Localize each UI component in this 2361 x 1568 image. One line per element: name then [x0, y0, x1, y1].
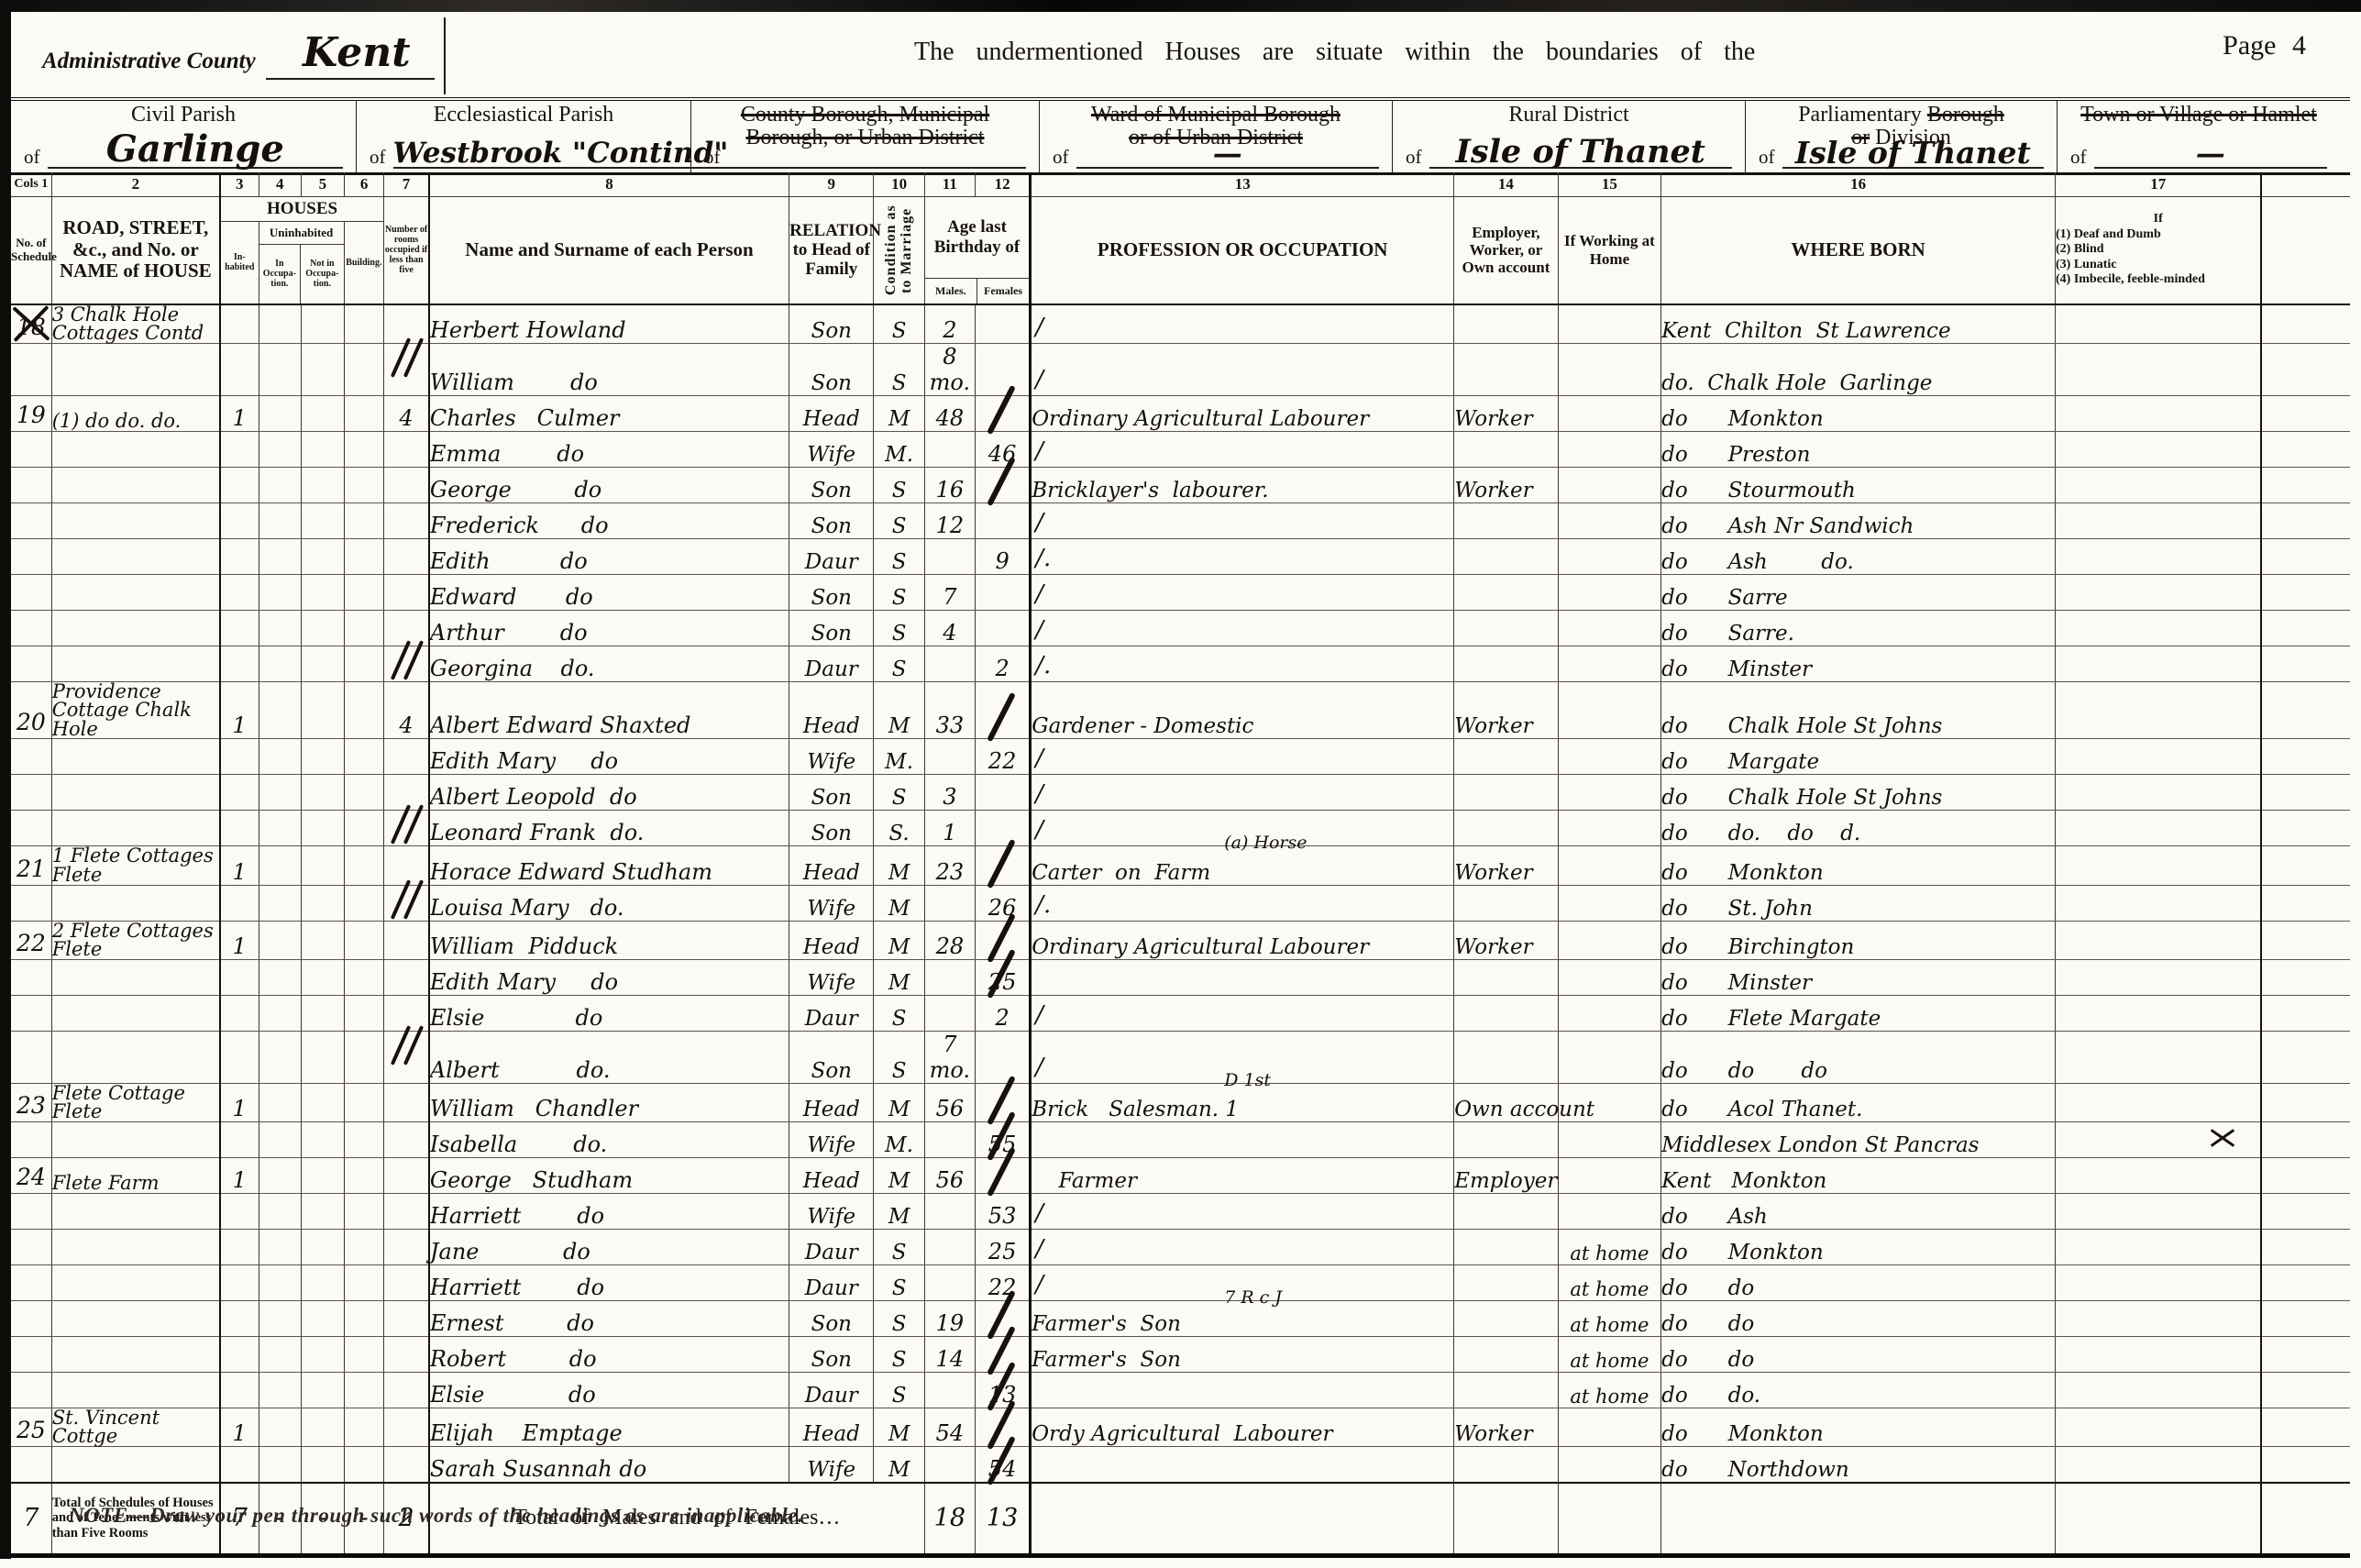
struck-text: County Borough, Municipal: [741, 103, 989, 127]
building-cell: [345, 538, 384, 574]
employer-cell: Worker: [1454, 681, 1558, 739]
person-row: 211 Flete Cottages Flete1Horace Edward S…: [11, 846, 2350, 885]
where-born-cell: do Monkton: [1661, 846, 2056, 885]
name-cell: Harriett do: [429, 1264, 789, 1300]
infirmity-header-line: (4) Imbecile, feeble-minded: [2056, 272, 2260, 288]
person-row: 183 Chalk Hole Cottages ContdHerbert How…: [11, 304, 2350, 344]
employer-cell: [1454, 1447, 1558, 1483]
occupation-cell: /: [1031, 502, 1454, 538]
struck-text: Ward of Municipal Borough: [1091, 103, 1340, 127]
uninhabited-in-occupation-cell: [259, 1121, 301, 1157]
address-cell: Flete Cottage Flete: [51, 1083, 220, 1121]
uninhabited-label: Uninhabited: [259, 222, 344, 245]
enumerator-tick: /.: [1035, 891, 1051, 919]
rooms-cell: [384, 574, 429, 610]
relation-cell: Head: [789, 681, 874, 739]
column-number: 17: [2056, 172, 2262, 196]
age-male-cell: [924, 538, 975, 574]
uninhabited-not-occupation-cell: [301, 1193, 344, 1229]
relation-cell: Daur: [789, 1229, 874, 1264]
rooms-cell: [384, 1372, 429, 1408]
condition-cell: S: [874, 574, 924, 610]
inhabited-cell: [220, 610, 259, 646]
rooms-cell: [384, 1300, 429, 1336]
rooms-cell: [384, 1408, 429, 1446]
uninhabited-not-occupation-cell: [301, 921, 344, 959]
inhabited-cell: [220, 1121, 259, 1157]
address-cell: [51, 610, 220, 646]
occupation-cell: Ordy Agricultural Labourer: [1031, 1408, 1454, 1446]
occupation-cell: Ordinary Agricultural Labourer: [1031, 921, 1454, 959]
schedule-cell: [11, 467, 51, 502]
infirmity-cell: [2056, 502, 2262, 538]
condition-cell: S: [874, 1300, 924, 1336]
where-born-cell: Middlesex London St Pancras: [1661, 1121, 2056, 1157]
employer-cell: Worker: [1454, 395, 1558, 431]
inhabited-cell: [220, 959, 259, 995]
where-born-cell: do Minster: [1661, 959, 2056, 995]
address-cell: [51, 1300, 220, 1336]
address-cell: St. Vincent Cottge: [51, 1408, 220, 1446]
column-number: 14: [1454, 172, 1558, 196]
age-male-cell: 54: [924, 1408, 975, 1446]
enumerator-tick: /: [1035, 314, 1043, 341]
condition-cell: S: [874, 775, 924, 811]
where-born-cell: do Ash: [1661, 1193, 2056, 1229]
name-cell: Horace Edward Studham: [429, 846, 789, 885]
margin-cell: [2261, 395, 2350, 431]
struck-text: Borough: [1927, 103, 2004, 127]
totals-schedule-count: 7: [11, 1483, 51, 1556]
enumerator-tick: /: [1035, 1001, 1043, 1029]
occupation-cell: /: [1031, 739, 1454, 775]
infirmity-header-line: (3) Lunatic: [2056, 258, 2260, 273]
infirmity-cell: [2056, 1083, 2262, 1121]
employer-cell: [1454, 1372, 1558, 1408]
address-cell: [51, 1264, 220, 1300]
name-cell: William do: [429, 343, 789, 395]
age-male-cell: 19: [924, 1300, 975, 1336]
person-row: Jane doDaurS25/at homedo Monkton: [11, 1229, 2350, 1264]
name-cell: Isabella do.: [429, 1121, 789, 1157]
uninhabited-in-occupation-cell: [259, 467, 301, 502]
infirmity-cell: [2056, 995, 2262, 1031]
boundaries-statement: The undermentioned Houses are situate wi…: [914, 38, 1755, 67]
condition-cell: M: [874, 1083, 924, 1121]
age-male-cell: [924, 431, 975, 467]
schedule-cell: [11, 995, 51, 1031]
where-born-cell: do Birchington: [1661, 921, 2056, 959]
name-cell: Ernest do: [429, 1300, 789, 1336]
condition-cell: M: [874, 846, 924, 885]
person-row: 222 Flete Cottages Flete1William Pidduck…: [11, 921, 2350, 959]
schedule-cell: [11, 1264, 51, 1300]
district-title-line: Ecclesiastical Parish: [357, 104, 690, 127]
household-end-mark: [390, 1024, 426, 1068]
person-row: William doSonS8 mo./do. Chalk Hole Garli…: [11, 343, 2350, 395]
occupation-cell: /: [1031, 431, 1454, 467]
footer-note: NOTE—Draw your pen through such words of…: [69, 1504, 803, 1528]
employer-cell: [1454, 538, 1558, 574]
relation-cell: Wife: [789, 1193, 874, 1229]
district-of-line: ofWestbrook "Contind": [370, 140, 678, 169]
totals-occupation-empty: [1031, 1483, 1454, 1556]
schedule-cell: [11, 959, 51, 995]
district-value: [728, 167, 1027, 169]
employer-cell: Employer: [1454, 1157, 1558, 1193]
district-title: County Borough, MunicipalBorough, or Urb…: [691, 104, 1039, 149]
occupation-cell: /: [1031, 1229, 1454, 1264]
infirmity-cell: [2056, 538, 2262, 574]
name-cell: Louisa Mary do.: [429, 885, 789, 921]
uninhabited-not-occupation-cell: [301, 610, 344, 646]
infirmity-cell: [2056, 775, 2262, 811]
occupation-cell: [1031, 959, 1454, 995]
age-female-cell: 2: [975, 646, 1030, 681]
totals-at-home-empty: [1558, 1483, 1660, 1556]
employer-cell: [1454, 343, 1558, 395]
enumerator-tick: /: [1035, 366, 1043, 393]
schedule-cell: [11, 610, 51, 646]
totals-employer-empty: [1454, 1483, 1558, 1556]
age-male-cell: 14: [924, 1336, 975, 1372]
address-cell: [51, 739, 220, 775]
occupation-cell: /: [1031, 775, 1454, 811]
administrative-county-underline: Kent: [266, 41, 435, 80]
where-born-cell: do do. do d.: [1661, 811, 2056, 846]
rooms-cell: [384, 1193, 429, 1229]
condition-cell: M: [874, 1157, 924, 1193]
infirmity-cell: [2056, 467, 2262, 502]
col-header-employer-worker: Employer, Worker, or Own account: [1454, 196, 1558, 304]
name-cell: Frederick do: [429, 502, 789, 538]
inhabited-cell: 1: [220, 1408, 259, 1446]
enumerator-tick: /: [1035, 1199, 1043, 1227]
building-cell: [345, 343, 384, 395]
inhabited-cell: [220, 467, 259, 502]
age-male-cell: 28: [924, 921, 975, 959]
of-label: of: [704, 146, 721, 169]
relation-cell: Son: [789, 304, 874, 344]
uninhabited-in-occupation-cell: [259, 846, 301, 885]
age-male-cell: 23: [924, 846, 975, 885]
employer-cell: Worker: [1454, 1408, 1558, 1446]
uninhabited-not-occupation-cell: [301, 995, 344, 1031]
schedule-cell: [11, 775, 51, 811]
schedule-cell: [11, 646, 51, 681]
column-headers-row: No. of Schedule ROAD, STREET, &c., and N…: [11, 196, 2350, 304]
condition-cell: S: [874, 1264, 924, 1300]
where-born-cell: do Sarre: [1661, 574, 2056, 610]
age-male-cell: [924, 1372, 975, 1408]
occupation-cell: /: [1031, 343, 1454, 395]
at-home-cell: [1558, 739, 1660, 775]
uninhabited-in-occupation-cell: [259, 885, 301, 921]
rooms-cell: [384, 739, 429, 775]
district-of-line: ofGarlinge: [24, 132, 343, 169]
margin-cell: [2261, 739, 2350, 775]
infirmity-cell: [2056, 1121, 2262, 1157]
title-text: Ecclesiastical Parish: [434, 103, 614, 127]
relation-cell: Wife: [789, 959, 874, 995]
inhabited-cell: [220, 811, 259, 846]
address-cell: [51, 775, 220, 811]
infirmity-cell: [2056, 846, 2262, 885]
age-male-cell: 8 mo.: [924, 343, 975, 395]
rooms-cell: [384, 811, 429, 846]
occupation-cell: /.: [1031, 538, 1454, 574]
enumerator-tick: /: [1035, 1271, 1043, 1298]
occupation-cell: /: [1031, 574, 1454, 610]
inhabited-cell: [220, 995, 259, 1031]
rooms-cell: [384, 343, 429, 395]
schedule-number: 20: [17, 709, 46, 738]
relation-cell: Head: [789, 846, 874, 885]
inhabited-cell: [220, 502, 259, 538]
infirmity-cell: [2056, 739, 2262, 775]
condition-cell: S: [874, 1229, 924, 1264]
infirmity-cell: [2056, 959, 2262, 995]
page-number: Page 4: [2223, 30, 2306, 61]
rooms-cell: [384, 538, 429, 574]
employer-cell: [1454, 885, 1558, 921]
infirmity-cell: [2056, 1372, 2262, 1408]
age-male-cell: 16: [924, 467, 975, 502]
where-born-cell: do Acol Thanet.: [1661, 1083, 2056, 1121]
uninhabited-not-occupation-cell: [301, 846, 344, 885]
at-home-cell: [1558, 1408, 1660, 1446]
schedule-number: 24: [17, 1164, 46, 1193]
infirmity-cell: [2056, 610, 2262, 646]
person-row: Ernest doSonS19Farmer's Son7 R c Jat hom…: [11, 1300, 2350, 1336]
rooms-cell: [384, 1157, 429, 1193]
name-cell: Edith Mary do: [429, 959, 789, 995]
district-title: Rural District: [1393, 104, 1745, 127]
district-title-line: County Borough, Municipal: [691, 104, 1039, 127]
occupation-cell: Carter on Farm(a) Horse: [1031, 846, 1454, 885]
building-cell: [345, 921, 384, 959]
building-cell: [345, 1121, 384, 1157]
building-cell: [345, 1229, 384, 1264]
address-cell: [51, 885, 220, 921]
infirmity-cell: [2056, 395, 2262, 431]
schedule-cell: [11, 343, 51, 395]
relation-cell: Wife: [789, 1447, 874, 1483]
building-cell: [345, 681, 384, 739]
age-male-cell: [924, 739, 975, 775]
infirmity-cell: [2056, 646, 2262, 681]
inhabited-cell: 1: [220, 921, 259, 959]
address-cell: (1) do do. do.: [51, 395, 220, 431]
uninhabited-in-occupation-cell: [259, 1300, 301, 1336]
at-home-cell: [1558, 811, 1660, 846]
address-cell: [51, 467, 220, 502]
margin-cell: [2261, 1031, 2350, 1083]
schedule-cell: [11, 1300, 51, 1336]
margin-cell: [2261, 574, 2350, 610]
age-male-cell: 56: [924, 1083, 975, 1121]
condition-cell: M.: [874, 1121, 924, 1157]
address-cell: Flete Farm: [51, 1157, 220, 1193]
building-cell: [345, 304, 384, 344]
age-male-cell: [924, 646, 975, 681]
uninhabited-not-occupation-cell: [301, 1229, 344, 1264]
district-ward-of-municipal-borough: Ward of Municipal Boroughor of Urban Dis…: [1040, 101, 1393, 172]
occupation-annotation: D 1st: [1224, 1070, 1271, 1090]
margin-cell: [2261, 646, 2350, 681]
occupation-cell: /: [1031, 610, 1454, 646]
uninhabited-in-occupation-cell: [259, 681, 301, 739]
condition-cell: S: [874, 343, 924, 395]
employer-cell: [1454, 431, 1558, 467]
name-cell: Arthur do: [429, 610, 789, 646]
employer-cell: [1454, 1336, 1558, 1372]
uninhabited-not-occupation-cell: [301, 304, 344, 344]
relation-cell: Daur: [789, 1372, 874, 1408]
where-born-cell: do St. John: [1661, 885, 2056, 921]
col-header-margin: [2261, 196, 2350, 304]
relation-cell: Wife: [789, 739, 874, 775]
inhabited-cell: [220, 1031, 259, 1083]
uninhabited-not-occupation-cell: [301, 1083, 344, 1121]
name-cell: Leonard Frank do.: [429, 811, 789, 846]
building-cell: [345, 885, 384, 921]
person-row: Albert Leopold doSonS3/do Chalk Hole St …: [11, 775, 2350, 811]
relation-cell: Son: [789, 343, 874, 395]
district-title: Town or Village or Hamlet: [2058, 104, 2340, 127]
column-number: 8: [429, 172, 789, 196]
district-of-line: of: [704, 146, 1026, 169]
inhabited-cell: [220, 646, 259, 681]
rooms-cell: [384, 1121, 429, 1157]
where-born-cell: do Monkton: [1661, 395, 2056, 431]
relation-cell: Head: [789, 921, 874, 959]
margin-cell: [2261, 343, 2350, 395]
enumerator-tick: /.: [1035, 652, 1051, 679]
relation-cell: Son: [789, 775, 874, 811]
name-cell: Robert do: [429, 1336, 789, 1372]
at-home-cell: at home: [1558, 1300, 1660, 1336]
condition-cell: S.: [874, 811, 924, 846]
schedule-cross-mark: [11, 305, 51, 343]
of-label: of: [2070, 146, 2087, 169]
column-number: 13: [1031, 172, 1454, 196]
column-number: 11: [924, 172, 975, 196]
infirmity-cell: [2056, 1447, 2262, 1483]
district-title-line: Rural District: [1393, 104, 1745, 127]
inhabited-cell: [220, 775, 259, 811]
uninhabited-not-occupation-cell: [301, 775, 344, 811]
name-cell: Charles Culmer: [429, 395, 789, 431]
name-cell: Herbert Howland: [429, 304, 789, 344]
building-cell: [345, 1083, 384, 1121]
column-number: 2: [51, 172, 220, 196]
uninhabited-in-occupation-cell: [259, 502, 301, 538]
at-home-cell: [1558, 574, 1660, 610]
uninhabited-in-occupation-cell: [259, 1193, 301, 1229]
infirmity-cell: [2056, 1408, 2262, 1446]
margin-cell: [2261, 1193, 2350, 1229]
column-number: 10: [874, 172, 924, 196]
rooms-cell: [384, 1083, 429, 1121]
employer-cell: [1454, 304, 1558, 344]
uninhabited-in-occupation-cell: [259, 739, 301, 775]
age-female-cell: 9: [975, 538, 1030, 574]
schedule-number: 22: [17, 930, 46, 959]
building-cell: [345, 431, 384, 467]
administrative-county-label: Administrative County: [42, 49, 256, 74]
person-row: Emma doWifeM.46/do Preston: [11, 431, 2350, 467]
address-cell: [51, 574, 220, 610]
occupation-cell: Gardener - Domestic: [1031, 681, 1454, 739]
district-value: Isle of Thanet: [1429, 137, 1733, 169]
inhabited-cell: [220, 343, 259, 395]
district-of-line: ofIsle of Thanet: [1406, 137, 1732, 169]
infirmity-cross-mark: [2209, 1126, 2236, 1150]
where-born-cell: do Chalk Hole St Johns: [1661, 681, 2056, 739]
margin-cell: [2261, 1447, 2350, 1483]
infirmity-header-line: (1) Deaf and Dumb: [2056, 227, 2260, 243]
building-cell: [345, 959, 384, 995]
building-cell: [345, 574, 384, 610]
rooms-cell: [384, 467, 429, 502]
occupation-cell: [1031, 1447, 1454, 1483]
uninhabited-in-occupation-cell: [259, 1336, 301, 1372]
rooms-cell: 4: [384, 681, 429, 739]
employer-cell: Own account: [1454, 1083, 1558, 1121]
uninhabited-not-occupation-cell: [301, 574, 344, 610]
district-title: Civil Parish: [11, 104, 356, 127]
col-header-road-street: ROAD, STREET, &c., and No. or NAME of HO…: [51, 196, 220, 304]
totals-margin-empty: [2261, 1483, 2350, 1556]
column-number: 5: [301, 172, 344, 196]
infirmity-header-line: (2) Blind: [2056, 242, 2260, 258]
building-cell: [345, 1372, 384, 1408]
at-home-cell: [1558, 775, 1660, 811]
relation-cell: Daur: [789, 1264, 874, 1300]
col-header-houses-group: HOUSES In-habited Uninhabited In Occupa-…: [220, 196, 384, 304]
building-cell: [345, 610, 384, 646]
rooms-cell: [384, 885, 429, 921]
at-home-cell: [1558, 1031, 1660, 1083]
schedule-cell: 21: [11, 846, 51, 885]
col-header-where-born: WHERE BORN: [1661, 196, 2056, 304]
rooms-cell: [384, 1447, 429, 1483]
district-of-line: of—: [1053, 139, 1379, 169]
schedule-cell: [11, 1229, 51, 1264]
building-cell: [345, 739, 384, 775]
uninhabited-not-occupation-cell: [301, 739, 344, 775]
address-cell: 2 Flete Cottages Flete: [51, 921, 220, 959]
age-female-cell: 46: [975, 431, 1030, 467]
inhabited-cell: [220, 1372, 259, 1408]
occupation-cell: Farmer's Son: [1031, 1336, 1454, 1372]
district-title: Ecclesiastical Parish: [357, 104, 690, 127]
occupation-cell: /: [1031, 304, 1454, 344]
rooms-cell: [384, 959, 429, 995]
condition-cell: M.: [874, 431, 924, 467]
relation-cell: Son: [789, 610, 874, 646]
margin-cell: [2261, 538, 2350, 574]
person-row: Arthur doSonS4/do Sarre.: [11, 610, 2350, 646]
uninhabited-not-occupation-cell: [301, 681, 344, 739]
where-born-cell: do do: [1661, 1300, 2056, 1336]
age-male-cell: [924, 959, 975, 995]
column-number: 6: [345, 172, 384, 196]
building-cell: [345, 646, 384, 681]
district-title-line: Town or Village or Hamlet: [2058, 104, 2340, 127]
where-born-cell: Kent Chilton St Lawrence: [1661, 304, 2056, 344]
